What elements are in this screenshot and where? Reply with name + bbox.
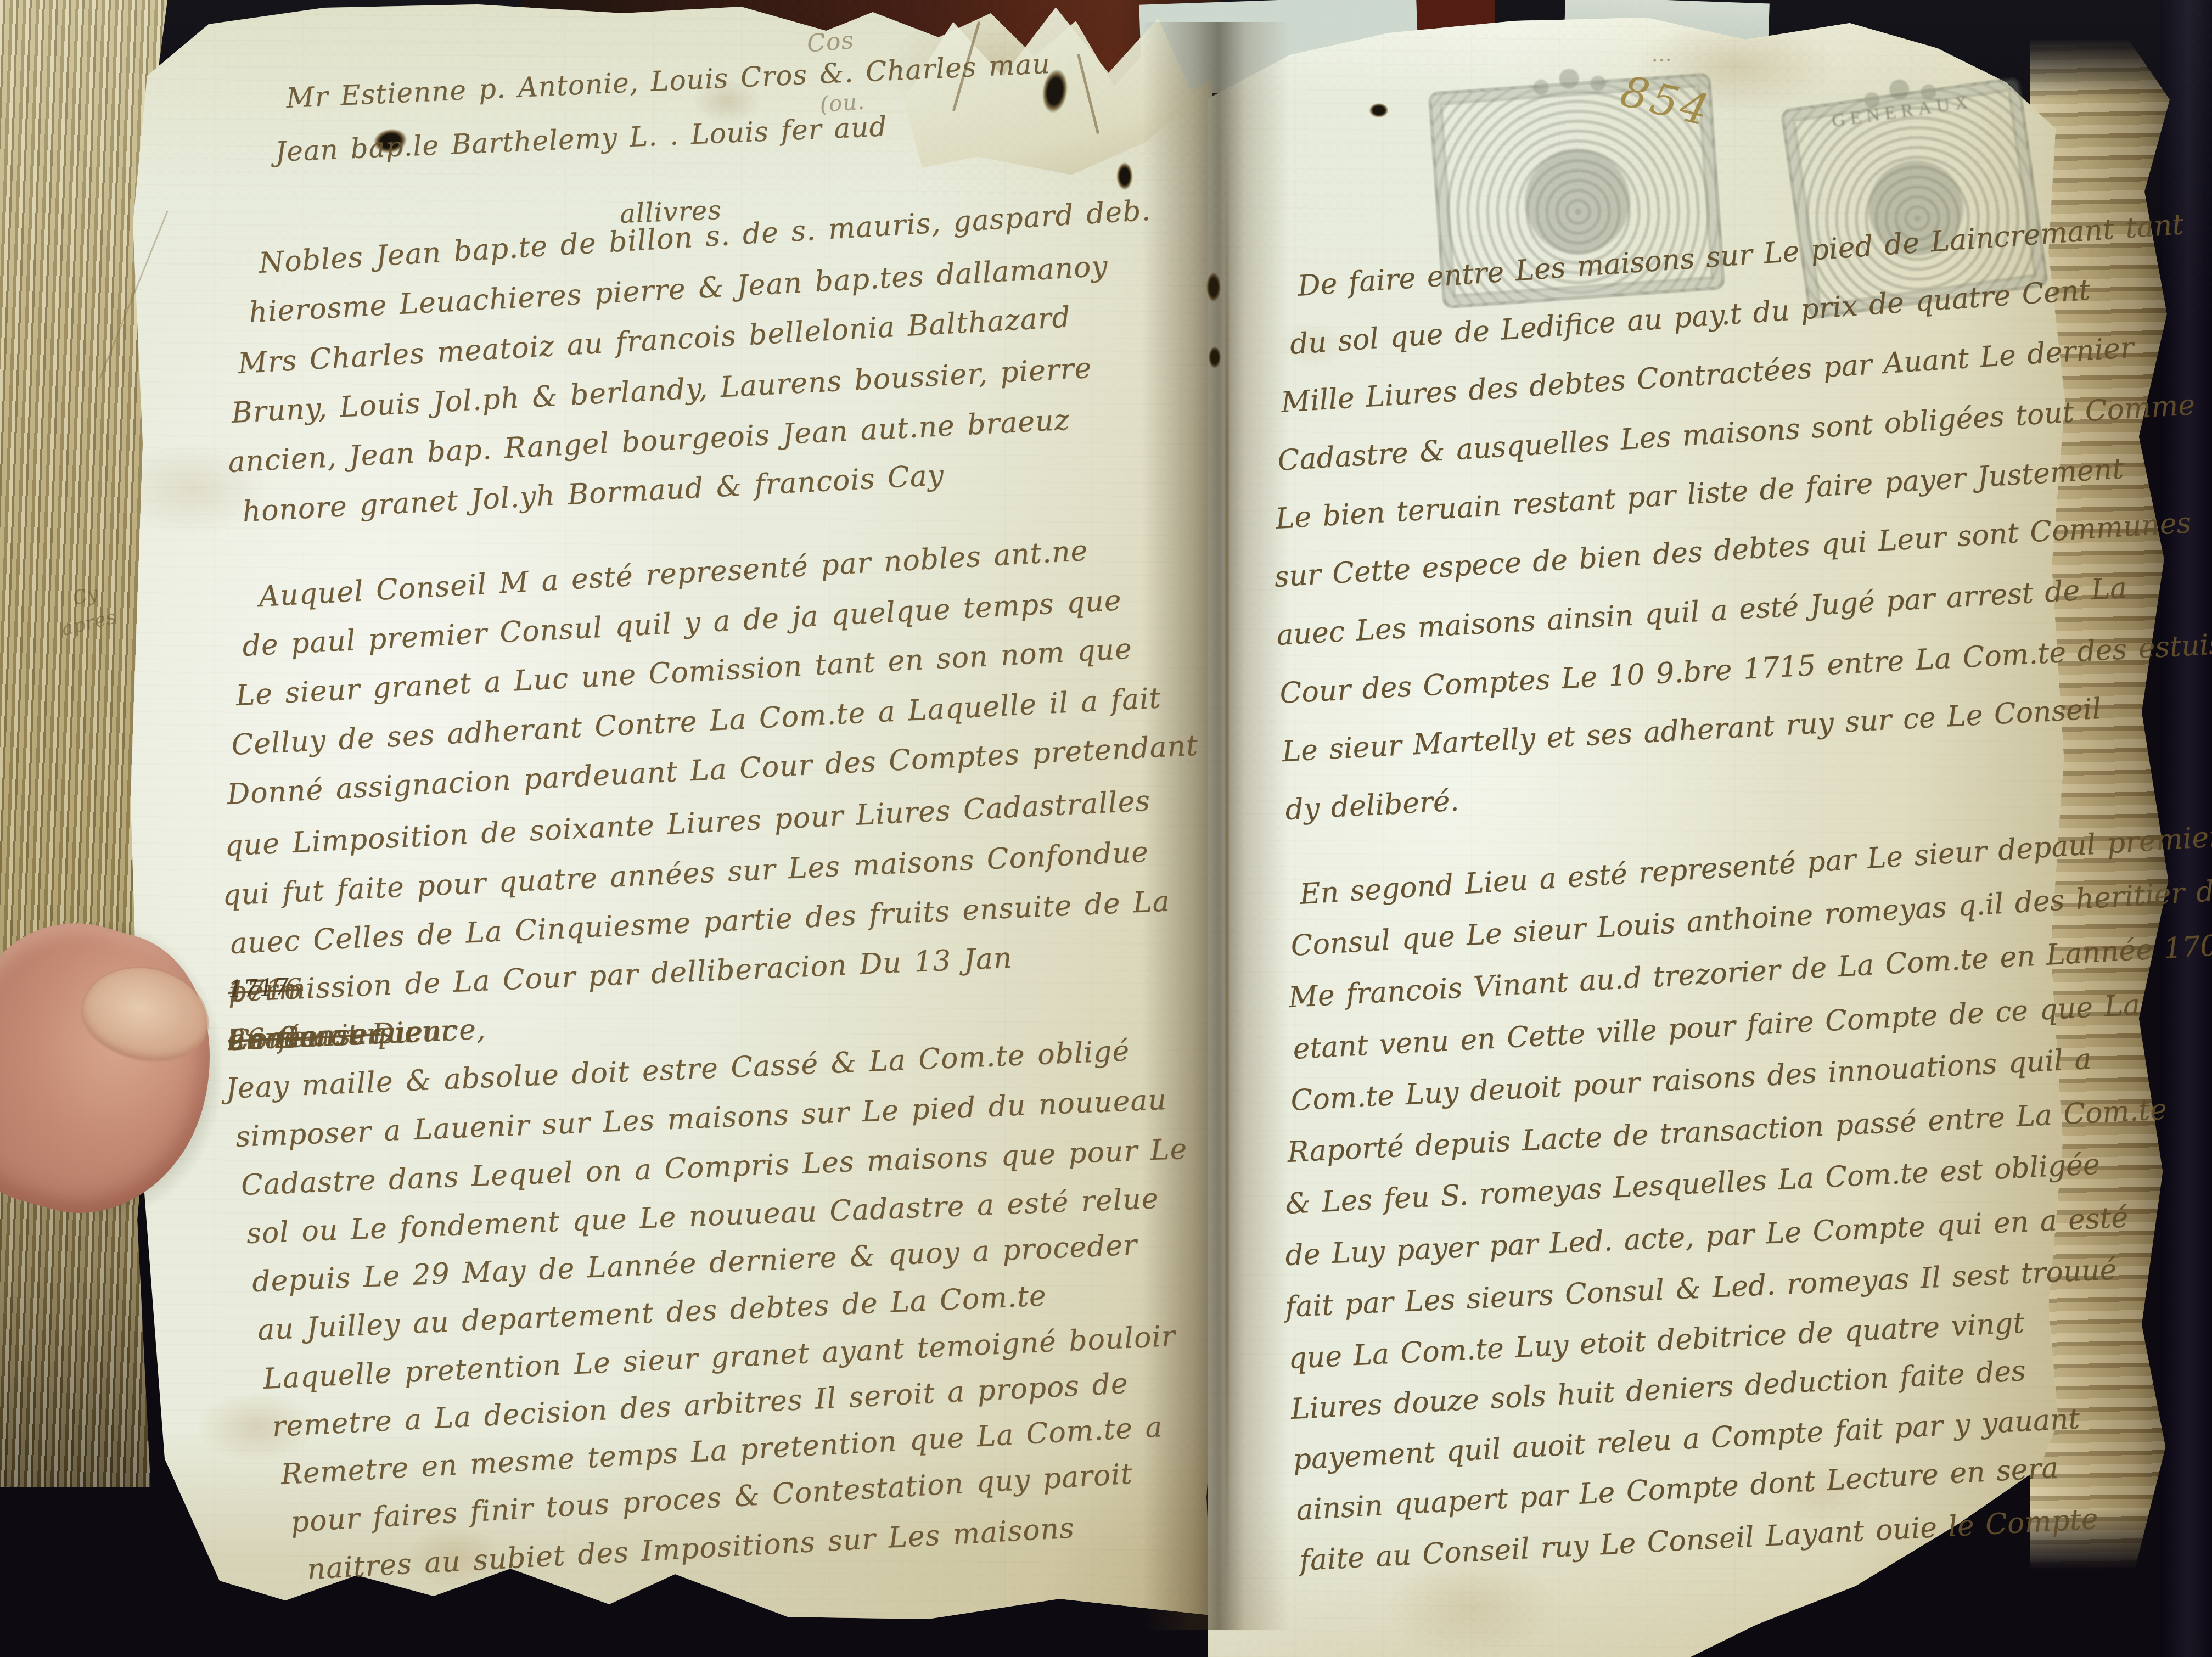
gutter-seam — [1225, 143, 1229, 1614]
registration-mark: Cos — [806, 26, 855, 58]
photo-open-manuscript-book: GENERAUX 854 ... Cos (ou. Mr Estienne p.… — [0, 0, 2212, 1657]
stamp-crown-ornament — [1558, 68, 1579, 89]
worm-hole — [1208, 345, 1222, 370]
worm-hole — [1368, 102, 1390, 119]
worm-hole — [1115, 160, 1134, 192]
worm-hole — [1205, 270, 1222, 304]
ink-marks: ... — [1651, 43, 1672, 66]
